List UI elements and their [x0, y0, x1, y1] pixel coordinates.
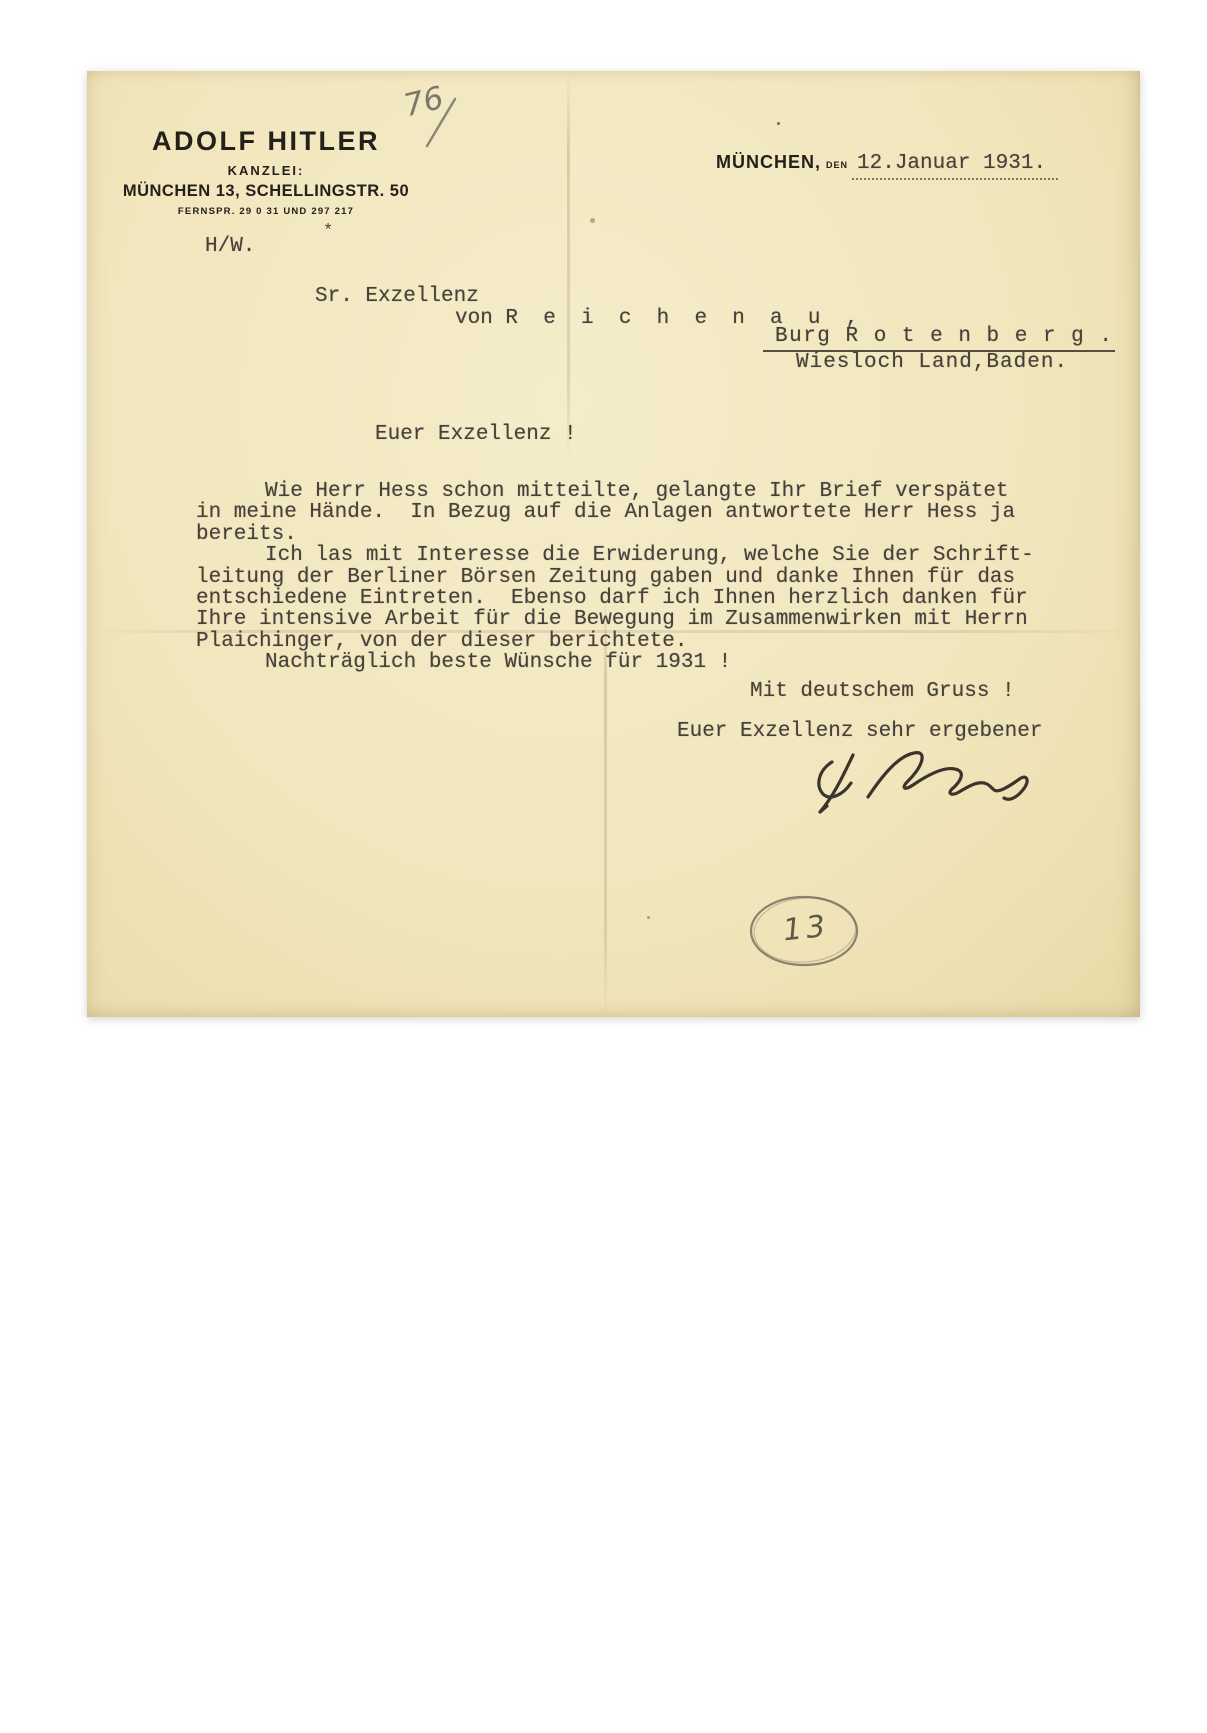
- dateline-city: MÜNCHEN,: [716, 152, 821, 173]
- letterhead-phone: FERNSPR. 29 0 31 UND 297 217: [110, 206, 422, 217]
- letterhead-name: ADOLF HITLER: [110, 126, 422, 157]
- body-line: Nachträglich beste Wünsche für 1931 !: [196, 652, 1034, 673]
- closing-signoff: Euer Exzellenz sehr ergebener: [677, 721, 1042, 742]
- paper-speck: [590, 218, 595, 223]
- salutation: Euer Exzellenz !: [375, 424, 577, 445]
- body-line: Ihre intensive Arbeit für die Bewegung i…: [196, 609, 1034, 630]
- body-line: bereits.: [196, 524, 1034, 545]
- recipient-residence-underlined: Burg R o t e n b e r g .: [763, 325, 1115, 352]
- pencil-circled-number: 13: [781, 909, 831, 949]
- dateline-typed-date: 12.Januar 1931.: [852, 152, 1058, 180]
- body-line: Wie Herr Hess schon mitteilte, gelangte …: [196, 481, 1034, 502]
- letterhead: ADOLF HITLER KANZLEI: MÜNCHEN 13, SCHELL…: [110, 126, 422, 217]
- body-line: Plaichinger, von der dieser berichtete.: [196, 631, 1034, 652]
- body-line: Ich las mit Interesse die Erwiderung, we…: [196, 545, 1034, 566]
- reference-asterisk: *: [323, 222, 333, 241]
- recipient-title: Sr. Exzellenz: [315, 286, 479, 307]
- dateline-den-label: DEN: [826, 160, 848, 170]
- body-line: entschiedene Eintreten. Ebenso darf ich …: [196, 588, 1034, 609]
- letterhead-address: MÜNCHEN 13, SCHELLINGSTR. 50: [110, 182, 422, 201]
- letterhead-office: KANZLEI:: [110, 163, 422, 178]
- scanned-letter-page: ADOLF HITLER KANZLEI: MÜNCHEN 13, SCHELL…: [0, 0, 1207, 1733]
- fold-crease-vertical-top: [567, 71, 570, 461]
- body-line: in meine Hände. In Bezug auf die Anlagen…: [196, 502, 1034, 523]
- letter-body: Wie Herr Hess schon mitteilte, gelangte …: [196, 481, 1034, 674]
- paper-speck: [647, 916, 650, 919]
- reference-initials: H/W.: [205, 236, 255, 257]
- recipient-residence: Burg R o t e n b e r g .: [775, 326, 1115, 347]
- closing-greeting: Mit deutschem Gruss !: [750, 681, 1015, 702]
- paper-speck: [777, 122, 780, 125]
- body-line: leitung der Berliner Börsen Zeitung gabe…: [196, 567, 1034, 588]
- recipient-town: Wiesloch Land,Baden.: [796, 352, 1068, 373]
- dateline: MÜNCHEN, DEN 12.Januar 1931.: [716, 152, 1058, 180]
